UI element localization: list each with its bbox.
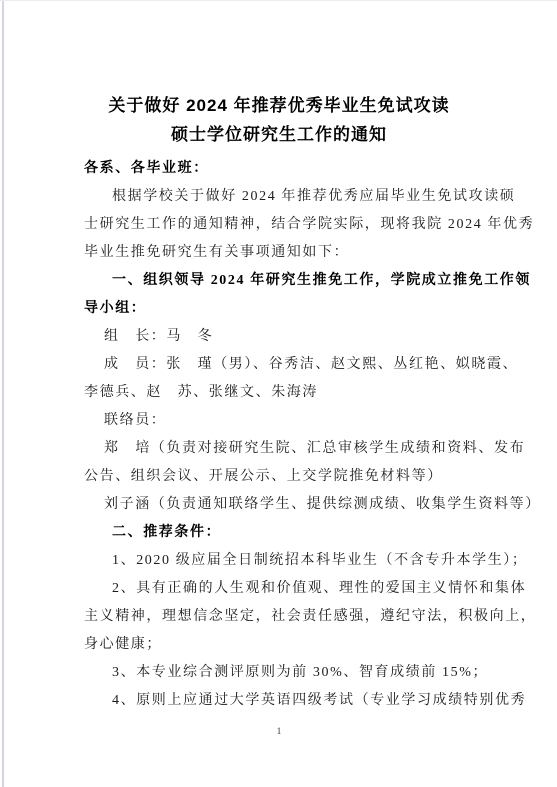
document-body: 各系、各毕业班： 根据学校关于做好 2024 年推荐优秀应届毕业生免试攻读硕 士… (84, 155, 476, 715)
group-members-line2: 李德兵、赵 苏、张继文、朱海涛 (84, 379, 476, 407)
document-page[interactable]: 关于做好 2024 年推荐优秀毕业生免试攻读 硕士学位研究生工作的通知 各系、各… (0, 0, 557, 787)
intro-line-3: 毕业生推免研究生有关事项通知如下： (84, 239, 476, 267)
liaison1-line2: 公告、组织会议、开展公示、上交学院推免材料等） (84, 463, 476, 491)
salutation: 各系、各毕业班： (84, 155, 476, 183)
document-title-line2: 硕士学位研究生工作的通知 (84, 120, 474, 149)
condition-item4: 4、原则上应通过大学英语四级考试（专业学习成绩特别优秀 (84, 687, 476, 715)
liaison2-line: 刘子涵（负责通知联络学生、提供综测成绩、收集学生资料等） (84, 491, 476, 519)
intro-line-1: 根据学校关于做好 2024 年推荐优秀应届毕业生免试攻读硕 (84, 183, 476, 211)
condition-item2-line1: 2、具有正确的人生观和价值观、理性的爱国主义情怀和集体 (84, 575, 476, 603)
liaison-label: 联络员： (84, 407, 476, 435)
condition-item1: 1、2020 级应届全日制统招本科毕业生（不含专升本学生）； (84, 547, 476, 575)
group-leader-line: 组 长：马 冬 (84, 323, 476, 351)
document-title-line1: 关于做好 2024 年推荐优秀毕业生免试攻读 (84, 91, 474, 120)
liaison1-line1: 郑 培（负责对接研究生院、汇总审核学生成绩和资料、发布 (84, 435, 476, 463)
section1-heading-line2: 导小组： (84, 295, 476, 323)
condition-item2-line3: 身心健康； (84, 631, 476, 659)
group-members-line1: 成 员：张 瑾（男）、谷秀洁、赵文熙、丛红艳、姒晓霞、 (84, 351, 476, 379)
intro-line-2: 士研究生工作的通知精神，结合学院实际，现将我院 2024 年优秀 (84, 211, 476, 239)
page-left-edge-line (2, 1, 4, 787)
document-title: 关于做好 2024 年推荐优秀毕业生免试攻读 硕士学位研究生工作的通知 (84, 91, 474, 149)
section1-heading-line1: 一、组织领导 2024 年研究生推免工作，学院成立推免工作领 (84, 267, 476, 295)
section2-heading: 二、推荐条件： (84, 519, 476, 547)
condition-item2-line2: 主义精神，理想信念坚定，社会责任感强，遵纪守法，积极向上， (84, 603, 476, 631)
page-number: 1 (84, 725, 474, 739)
condition-item3: 3、本专业综合测评原则为前 30%、智育成绩前 15%； (84, 659, 476, 687)
